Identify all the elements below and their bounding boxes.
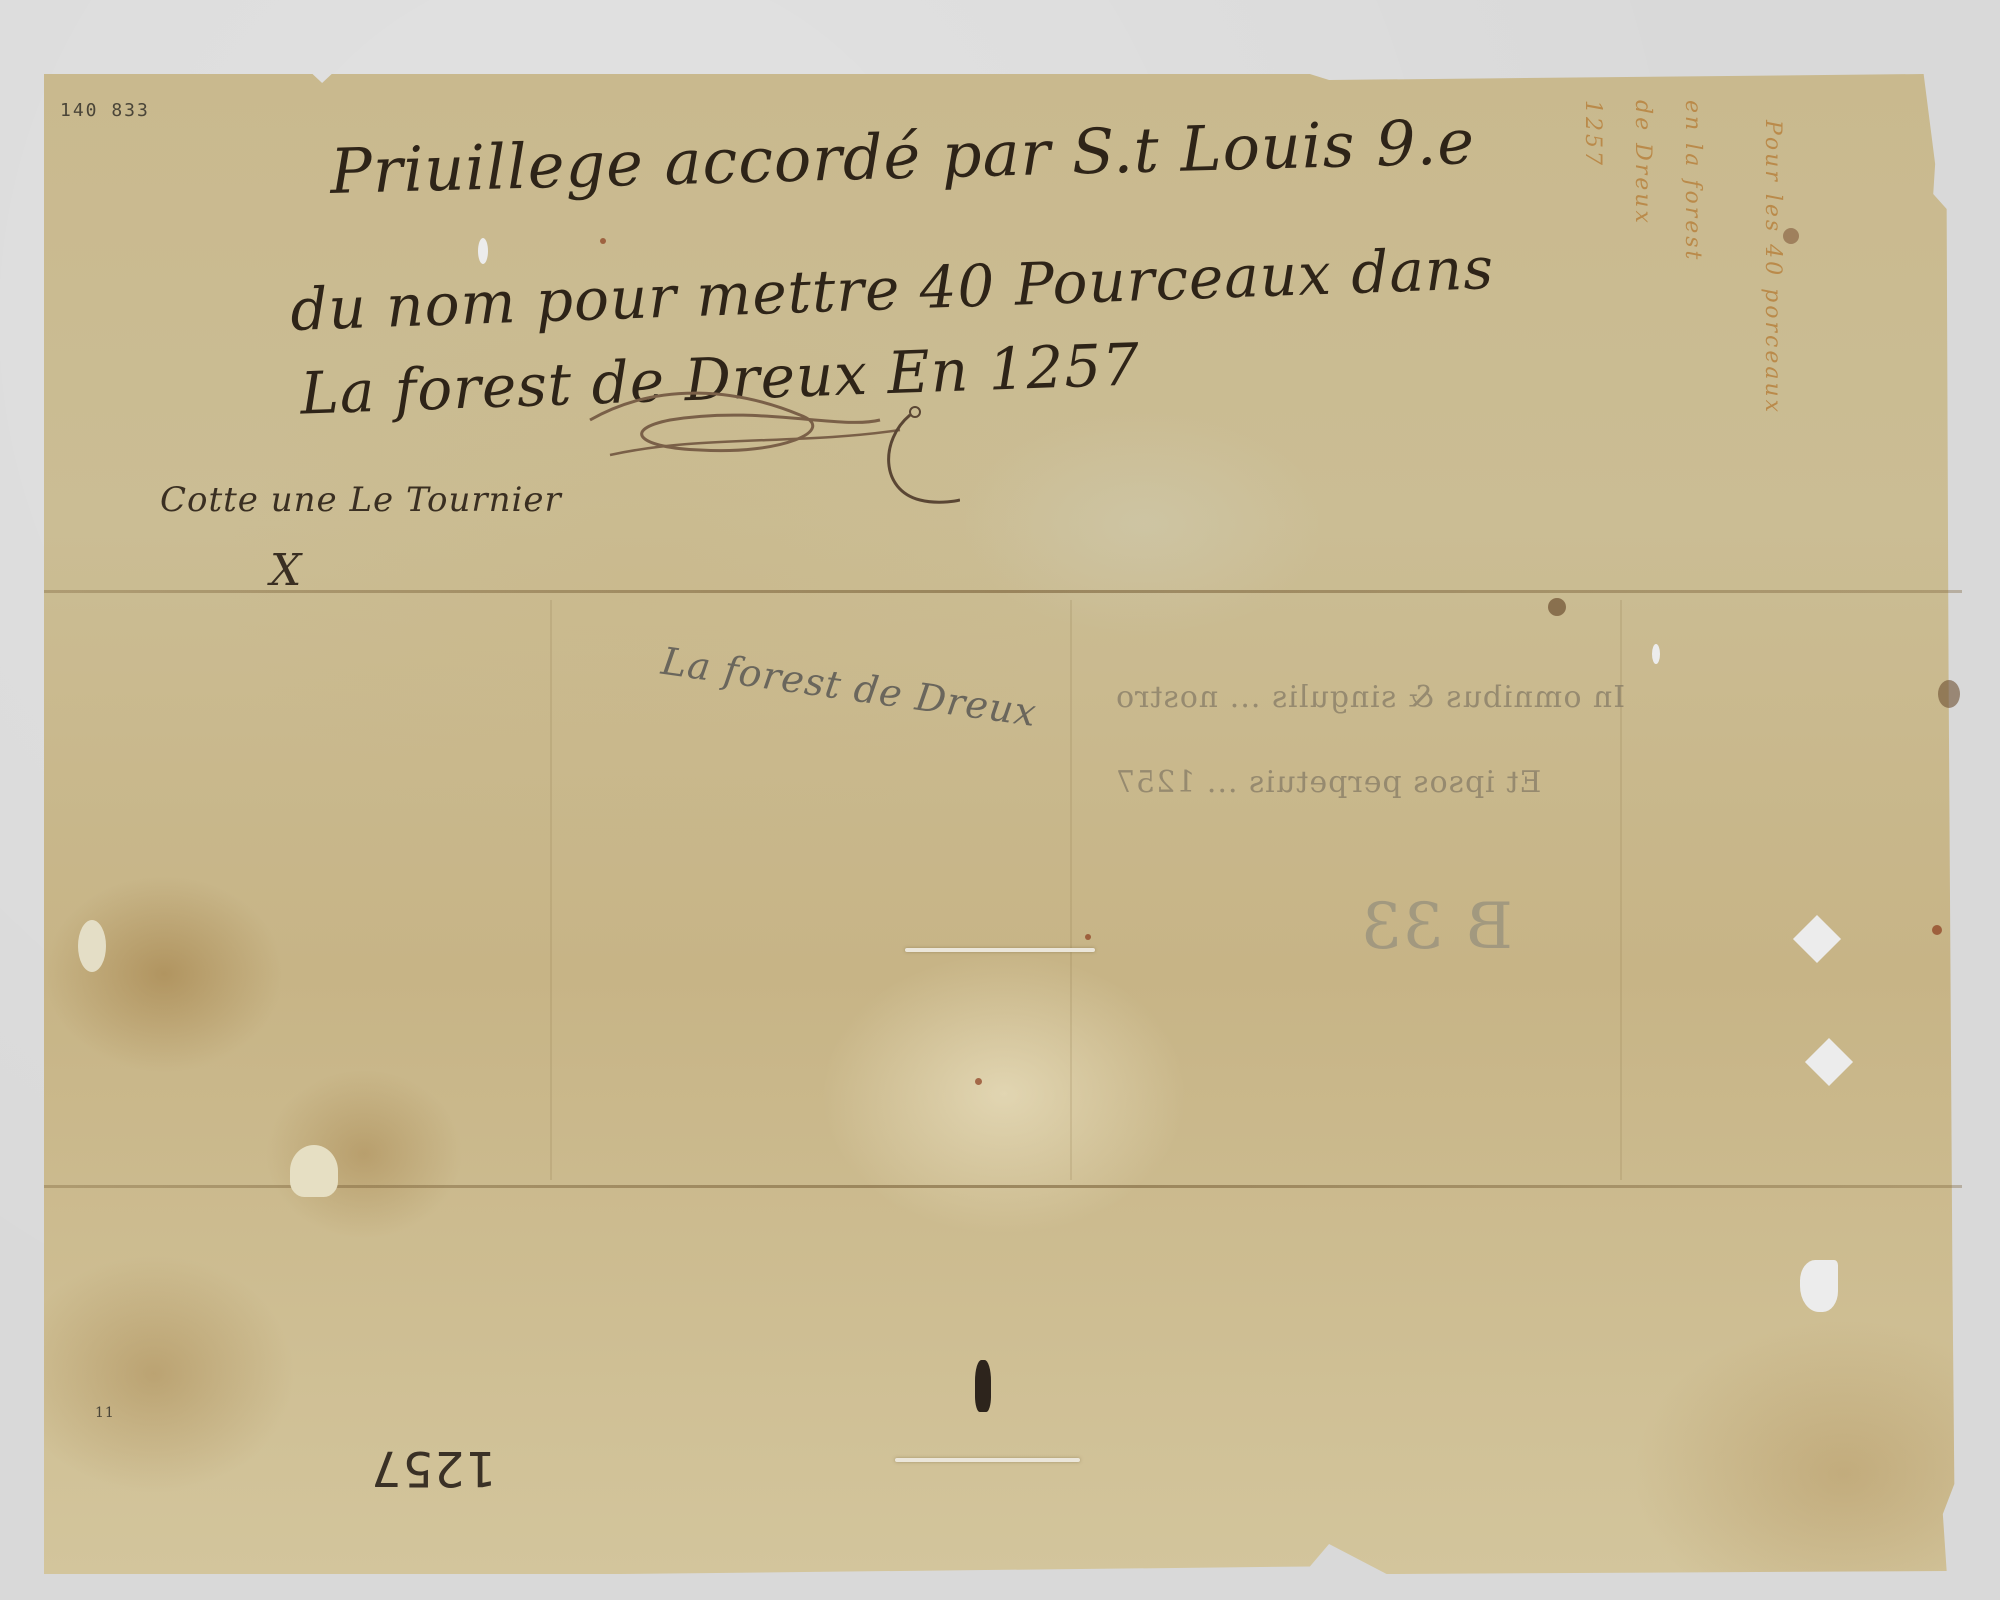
shelf-mark: B 33 [1360, 890, 1513, 964]
archive-reference-number: 140 833 [60, 100, 150, 121]
showthrough-text-line-1: In omnibus & singulis ... nostro [1115, 680, 1625, 715]
damage-spot [1652, 644, 1660, 664]
vertical-fold-line [1070, 600, 1072, 1180]
paraph-flourish-icon [580, 360, 960, 520]
margin-note-vertical-2: de Dreux [1630, 100, 1655, 570]
stain-dot [600, 238, 606, 244]
ink-blot [975, 1360, 991, 1412]
seal-cord-slit [905, 948, 1095, 952]
cote-mark: X [270, 545, 302, 596]
stain-dot [1932, 925, 1942, 935]
stain-dot [1783, 228, 1799, 244]
bottom-small-mark: 11 [95, 1405, 115, 1421]
margin-note-vertical-4: Pour les 40 porceaux [1760, 120, 1785, 415]
seal-hole [1800, 1260, 1838, 1312]
showthrough-text-line-2: Et ipsos perpetuis ... 1257 [1115, 765, 1541, 800]
stain-dot [1548, 598, 1566, 616]
stain-dot [975, 1078, 982, 1085]
margin-note-vertical-1: 1257 [1580, 100, 1605, 168]
seal-cord-slit [895, 1458, 1080, 1462]
damage-spot [78, 920, 106, 972]
cote-annotation: Cotte une Le Tournier [160, 480, 562, 520]
margin-note-vertical-3: en la forest [1680, 100, 1705, 262]
inverted-year-number: 1257 [370, 1440, 496, 1496]
stain-dot [1938, 680, 1960, 708]
damage-spot [290, 1145, 338, 1197]
vertical-fold-line [550, 600, 552, 1180]
stain-dot [1085, 934, 1091, 940]
damage-spot [478, 238, 488, 264]
horizontal-fold-line [44, 590, 1962, 593]
